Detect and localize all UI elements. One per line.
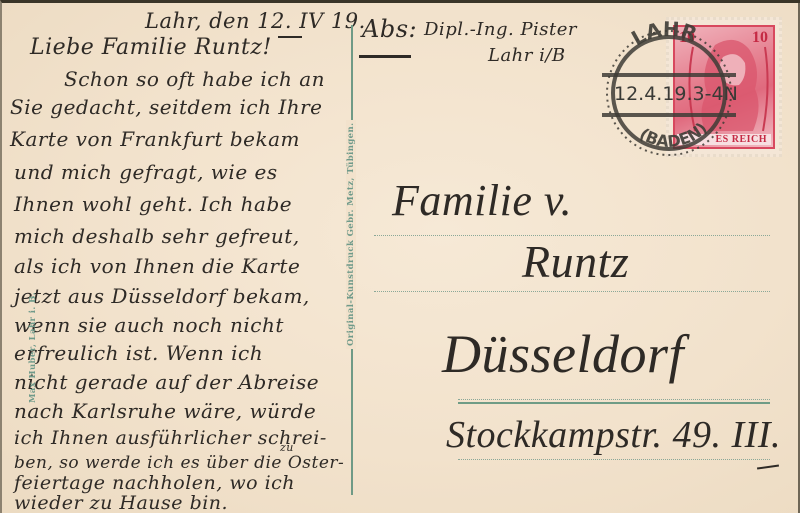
message-line: Schon so oft habe ich an <box>64 67 325 91</box>
address-line-3-rule <box>458 402 770 404</box>
postmark-town: LAHR <box>627 21 700 51</box>
sender-label: Abs: <box>362 15 417 43</box>
message-line: ben, so werde ich es über die Oster- <box>14 453 344 473</box>
address-line-3 <box>458 399 770 400</box>
postmark-region: (BADEN) <box>636 119 711 152</box>
dateline: Lahr, den 12. IV 19. <box>145 9 366 33</box>
address-name: Runtz <box>522 235 629 288</box>
address-floor-underline <box>757 464 779 469</box>
message-line: nach Karlsruhe wäre, würde <box>14 399 316 423</box>
postcard: Lahr, den 12. IV 19. Liebe Familie Runtz… <box>0 0 800 513</box>
sender-label-underline <box>359 55 411 58</box>
message-line: Sie gedacht, seitdem ich Ihre <box>10 95 323 119</box>
message-line: mich deshalb sehr gefreut, <box>14 224 300 248</box>
message-line: und mich gefragt, wie es <box>14 160 278 184</box>
message-line: nicht gerade auf der Abreise <box>14 370 319 394</box>
printer-imprint-center: Original-Kunstdruck Gebr. Metz, Tübingen… <box>346 120 356 349</box>
svg-text:LAHR: LAHR <box>627 21 700 51</box>
message-line: Ihnen wohl geht. Ich habe <box>14 192 292 216</box>
address-recipient: Familie v. <box>392 175 572 226</box>
message-line: erfreulich ist. Wenn ich <box>14 341 263 365</box>
address-street: Stockkampstr. 49. III. <box>446 413 781 457</box>
message-line: Karte von Frankfurt bekam <box>10 127 300 151</box>
sender-name: Dipl.-Ing. Pister <box>424 19 577 40</box>
message-line: feiertage nachholen, wo ich <box>14 472 295 494</box>
address-line-4 <box>458 459 770 460</box>
message-line: Liebe Familie Runtz! <box>30 35 272 60</box>
address-line-2 <box>374 291 770 292</box>
stamp-value-right: 10 <box>752 29 768 47</box>
message-line: wenn sie auch noch nicht <box>14 313 284 337</box>
address-city: Düsseldorf <box>442 323 684 385</box>
message-line: wieder zu Hause bin. <box>14 492 228 513</box>
sender-town: Lahr i/B <box>488 45 566 66</box>
dateline-underline <box>278 36 302 38</box>
svg-text:(BADEN): (BADEN) <box>636 119 711 152</box>
message-line: als ich von Ihnen die Karte <box>14 254 300 278</box>
message-line: jetzt aus Düsseldorf bekam, <box>14 284 310 308</box>
postmark-date: 12.4.19.3-4N <box>614 83 738 105</box>
publisher-imprint-left: Max Huber, Lahr i. B. <box>28 292 38 403</box>
